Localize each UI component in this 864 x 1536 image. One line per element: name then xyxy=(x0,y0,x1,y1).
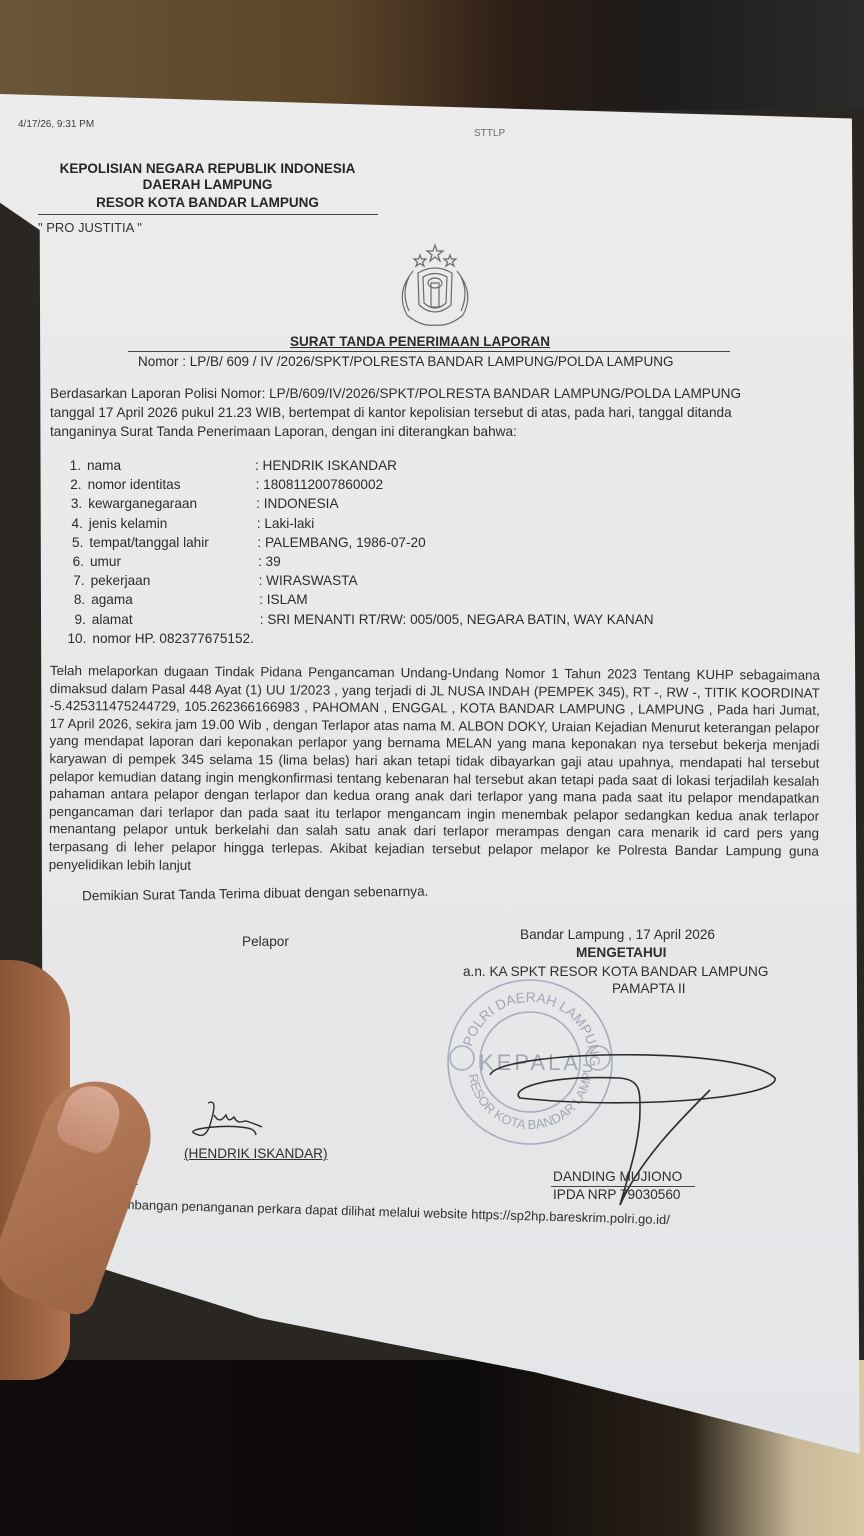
reporter-name: (HENDRIK ISKANDAR) xyxy=(184,1146,328,1161)
field-number: 7. xyxy=(59,573,85,588)
reporter-field-row: 1.nama: HENDRIK ISKANDAR xyxy=(55,458,81,476)
field-label: nomor identitas xyxy=(88,477,181,492)
field-number: 2. xyxy=(56,477,82,492)
reporter-field-row: 7.pekerjaan: WIRASWASTA xyxy=(59,573,85,591)
field-label: kewarganegaraan xyxy=(88,496,197,511)
field-value: : 39 xyxy=(258,554,281,569)
field-number: 4. xyxy=(57,516,83,531)
field-value: : Laki-laki xyxy=(257,516,314,531)
document-title-text: SURAT TANDA PENERIMAAN LAPORAN xyxy=(290,334,550,349)
field-label: jenis kelamin xyxy=(89,516,168,531)
letterhead-line2: DAERAH LAMPUNG xyxy=(40,177,375,192)
field-label: umur xyxy=(90,554,121,569)
letterhead-line3: RESOR KOTA BANDAR LAMPUNG xyxy=(40,195,375,210)
field-value: : 1808112007860002 xyxy=(256,477,384,492)
official-unit: PAMAPTA II xyxy=(612,981,686,996)
reporter-field-row: 10.nomor HP. 082377675152. xyxy=(60,631,86,649)
field-number: 6. xyxy=(58,554,84,569)
title-underline xyxy=(128,351,730,352)
document-number: Nomor : LP/B/ 609 / IV /2026/SPKT/POLRES… xyxy=(138,354,673,369)
reporter-name-text: (HENDRIK ISKANDAR) xyxy=(184,1146,328,1161)
pro-justitia: " PRO JUSTITIA " xyxy=(38,220,142,235)
field-number: 5. xyxy=(57,535,83,550)
field-number: 1. xyxy=(55,458,81,473)
reporter-field-row: 2.nomor identitas: 1808112007860002 xyxy=(56,477,82,495)
intro-line-3: tanganinya Surat Tanda Penerimaan Lapora… xyxy=(50,424,517,439)
letterhead-line1: KEPOLISIAN NEGARA REPUBLIK INDONESIA xyxy=(40,161,375,176)
reporter-field-row: 3.kewarganegaraan: INDONESIA xyxy=(56,496,82,514)
field-value: : HENDRIK ISKANDAR xyxy=(255,458,397,473)
reporter-signature xyxy=(180,1095,300,1145)
reporter-label: Pelapor xyxy=(242,934,289,949)
field-number: 8. xyxy=(59,592,85,607)
acknowledge-label: MENGETAHUI xyxy=(576,945,666,960)
intro-line-1: Berdasarkan Laporan Polisi Nomor: LP/B/6… xyxy=(50,386,741,401)
field-value: : PALEMBANG, 1986-07-20 xyxy=(257,535,425,550)
field-value: : SRI MENANTI RT/RW: 005/005, NEGARA BAT… xyxy=(260,612,654,627)
polri-emblem-icon xyxy=(385,243,485,333)
field-number: 9. xyxy=(60,612,86,627)
reporter-field-row: 5.tempat/tanggal lahir: PALEMBANG, 1986-… xyxy=(57,535,83,553)
reporter-field-row: 4.jenis kelamin: Laki-laki xyxy=(57,516,83,534)
reporter-field-row: 9.alamat: SRI MENANTI RT/RW: 005/005, NE… xyxy=(60,612,86,630)
field-label: alamat xyxy=(92,612,133,627)
field-value: : INDONESIA xyxy=(256,496,338,511)
letterhead-divider xyxy=(38,214,378,215)
field-label: nomor HP. 082377675152. xyxy=(92,631,254,646)
field-label: nama xyxy=(87,458,121,473)
field-label: pekerjaan xyxy=(91,573,151,588)
official-name: DANDING MUJIONO xyxy=(553,1169,682,1184)
reporter-field-row: 8.agama: ISLAM xyxy=(59,592,85,610)
official-rank-nrp: IPDA NRP 79030560 xyxy=(553,1187,680,1202)
place-date: Bandar Lampung , 17 April 2026 xyxy=(520,927,715,942)
field-number: 10. xyxy=(60,631,86,646)
field-label: agama xyxy=(91,592,133,607)
document-code: STTLP xyxy=(474,128,505,139)
intro-line-2: tanggal 17 April 2026 pukul 21.23 WIB, b… xyxy=(50,405,732,420)
document-title: SURAT TANDA PENERIMAAN LAPORAN xyxy=(290,334,550,349)
field-value: : WIRASWASTA xyxy=(259,573,358,588)
report-body: Telah melaporkan dugaan Tindak Pidana Pe… xyxy=(49,662,820,878)
print-timestamp: 4/17/26, 9:31 PM xyxy=(18,119,94,130)
reporter-field-row: 6.umur: 39 xyxy=(58,554,84,572)
field-value: : ISLAM xyxy=(259,592,307,607)
background-top xyxy=(0,0,864,110)
field-number: 3. xyxy=(56,496,82,511)
field-label: tempat/tanggal lahir xyxy=(89,535,208,550)
